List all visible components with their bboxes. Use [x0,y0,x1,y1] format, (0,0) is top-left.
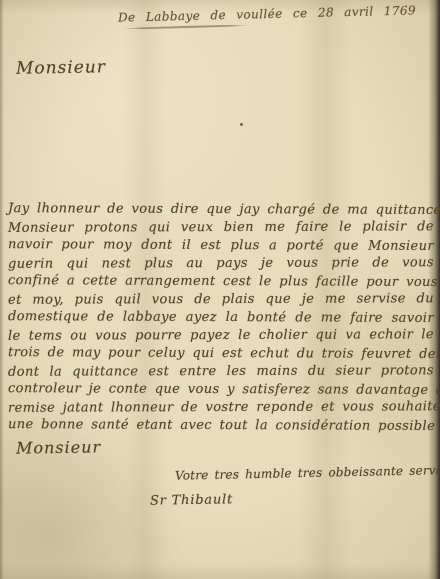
closing-salutation: Monsieur [16,437,101,457]
salutation: Monsieur [16,57,106,79]
body-line: domestique de labbaye ayez la bonté de m… [8,308,434,328]
letter-body: Jay lhonneur de vous dire que jay chargé… [8,201,434,435]
body-line: dont la quittance est entre les mains du… [8,362,434,381]
body-line: confiné a cette arrangement cest le plus… [8,272,434,292]
scanned-letter: De Labbaye de voullée ce 28 avril 1769 M… [0,0,440,579]
body-line: Jay lhonneur de vous dire que jay chargé… [8,200,434,220]
body-line: et moy, puis quil vous de plais que je m… [8,290,434,309]
body-line: navoir pour moy dont il est plus a porté… [8,236,434,256]
valediction: Votre tres humble tres obbeissante serva… [175,463,433,482]
dateline: De Labbaye de voullée ce 28 avril 1769 [118,3,416,24]
ink-speck [240,123,243,126]
body-line: controleur je conte que vous y satisfere… [8,380,434,400]
dateline-flourish [122,24,250,30]
body-line: le tems ou vous pourre payez le cholier … [8,326,434,345]
body-line: trois de may pour celuy qui est echut du… [8,344,434,364]
body-line: guerin qui nest plus au pays je vous pri… [8,254,434,273]
signature: Sr Thibault [150,492,233,508]
body-line: Monsieur protons qui veux bien me faire … [8,218,434,237]
body-line: remise jatant lhonneur de vostre reponde… [8,398,434,417]
body-line: une bonne santé etant avec tout la consi… [8,416,434,436]
